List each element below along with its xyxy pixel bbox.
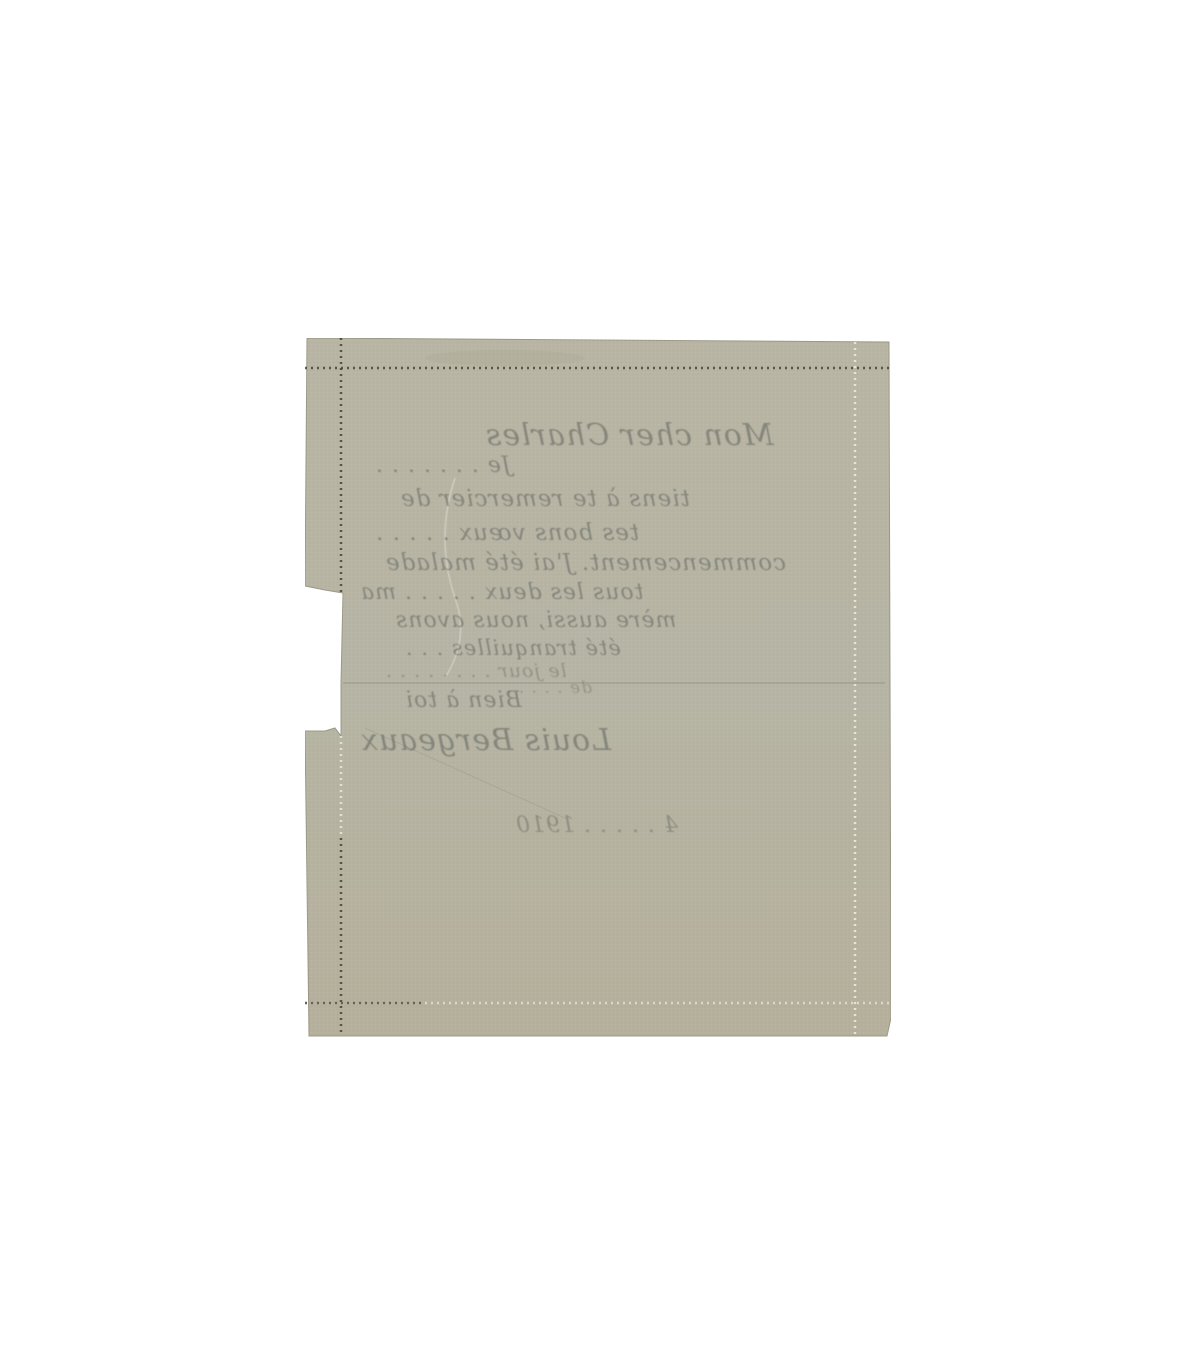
- closing-text: Bien à toi: [405, 688, 522, 713]
- date-text: 4 . . . . . 1910: [515, 813, 678, 838]
- letter-line-3: tes bons vœux . . . . .: [375, 520, 639, 546]
- letter-card: Mon cher Charles Je . . . . . . . tiens …: [305, 338, 891, 1038]
- letter-line-4: commencement. J'ai été malade: [385, 550, 786, 576]
- signature-text: Louis Bergeaux: [360, 723, 611, 758]
- letter-line-2: tiens à te remercier de: [400, 486, 690, 512]
- greeting-text: Mon cher Charles: [485, 418, 774, 453]
- letter-line-7: été tranquilles . . .: [405, 636, 621, 660]
- letter-line-5: tous les deux . . . . . ma: [360, 580, 643, 605]
- letter-line-1: Je . . . . . . .: [375, 453, 511, 478]
- letter-line-6: mère aussi, nous avons: [395, 608, 676, 633]
